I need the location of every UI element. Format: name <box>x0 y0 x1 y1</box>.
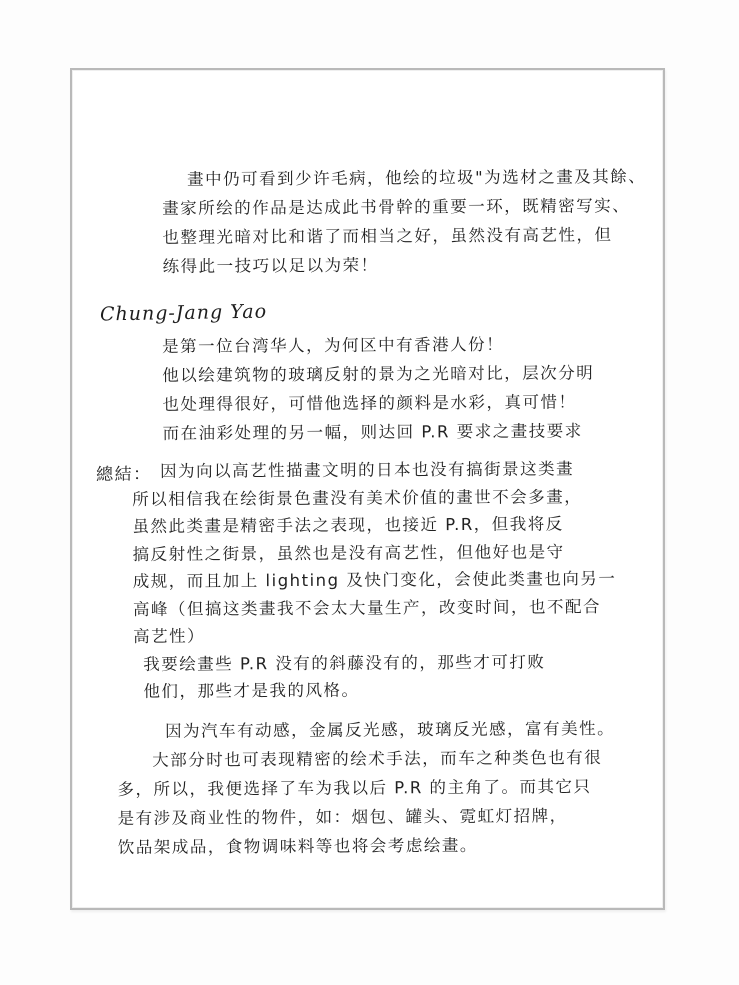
paragraph-yao: 是第一位台湾华人，为何区中有香港人份！ 他以绘建筑物的玻璃反射的景为之光暗对比，… <box>162 329 595 448</box>
handwritten-line: 他以绘建筑物的玻璃反射的景为之光暗对比，层次分明 <box>162 358 594 390</box>
handwritten-line: 因为向以高艺性描畫文明的日本也没有搞街景这类畫 <box>160 455 616 485</box>
handwritten-line: 畫家所绘的作品是达成此书骨幹的重要一环，既精密写实、 <box>162 191 646 223</box>
handwritten-line: 因为汽车有动感，金属反光感，玻璃反光感，富有美性。 <box>165 714 615 746</box>
handwritten-line: 也整理光暗对比和谐了而相当之好，虽然没有高艺性，但 <box>162 220 646 252</box>
handwritten-line: 大部分时也可表现精密的绘术手法，而车之种类色也有很 <box>152 743 615 775</box>
handwritten-line: 也处理得很好，可惜他选择的颜料是水彩，真可惜！ <box>162 387 594 419</box>
handwritten-line: 我要绘畫些 P.R 没有的斜藤没有的，那些才可打败 <box>143 648 617 678</box>
handwritten-line: 多，所以，我便选择了车为我以后 P.R 的主角了。而其它只 <box>117 772 615 804</box>
handwritten-line: 成规，而且加上 lighting 及快门变化，会使此类畫也向另一 <box>133 565 617 595</box>
paragraph-critique: 畫中仍可看到少许毛病，他绘的垃圾"为选材之畫及其餘、 畫家所绘的作品是达成此书骨… <box>162 162 647 281</box>
handwritten-line: 而在油彩处理的另一幅，则达回 P.R 要求之畫技要求 <box>163 416 595 448</box>
handwritten-line: 虽然此类畫是精密手法之表现，也接近 P.R，但我将反 <box>132 510 616 540</box>
paper-frame: 畫中仍可看到少许毛病，他绘的垃圾"为选材之畫及其餘、 畫家所绘的作品是达成此书骨… <box>70 68 665 910</box>
handwritten-line: 高峰（但搞这类畫我不会太大量生产，改变时间，也不配合 <box>133 593 617 623</box>
handwritten-line: 搞反射性之街景，虽然也是没有高艺性，但他好也是守 <box>133 538 617 568</box>
handwritten-line: 所以相信我在绘街景色畫没有美术价值的畫世不会多畫， <box>132 483 616 513</box>
scanned-page-canvas: 畫中仍可看到少许毛病，他绘的垃圾"为选材之畫及其餘、 畫家所绘的作品是达成此书骨… <box>0 0 739 985</box>
paragraph-cars: 因为汽车有动感，金属反光感，玻璃反光感，富有美性。 大部分时也可表现精密的绘术手… <box>117 714 616 862</box>
handwritten-line: 是有涉及商业性的物件，如：烟包、罐头、霓虹灯招牌， <box>118 801 616 833</box>
handwritten-line: 练得此一技巧以足以为荣！ <box>163 249 647 281</box>
handwritten-line: 畫中仍可看到少许毛病，他绘的垃圾"为选材之畫及其餘、 <box>187 162 646 194</box>
author-name-heading: Chung-Jang Yao <box>100 301 267 326</box>
handwritten-line: 饮品架成品，食物调味料等也将会考虑绘畫。 <box>118 830 616 862</box>
paragraph-summary: 因为向以高艺性描畫文明的日本也没有搞街景这类畫 所以相信我在绘街景色畫没有美术价… <box>132 455 617 705</box>
handwritten-line: 是第一位台湾华人，为何区中有香港人份！ <box>162 329 594 361</box>
handwritten-line: 他们，那些才是我的风格。 <box>143 675 617 705</box>
handwritten-line: 高艺性） <box>133 620 617 650</box>
handwritten-letter: 畫中仍可看到少许毛病，他绘的垃圾"为选材之畫及其餘、 畫家所绘的作品是达成此书骨… <box>72 70 663 908</box>
